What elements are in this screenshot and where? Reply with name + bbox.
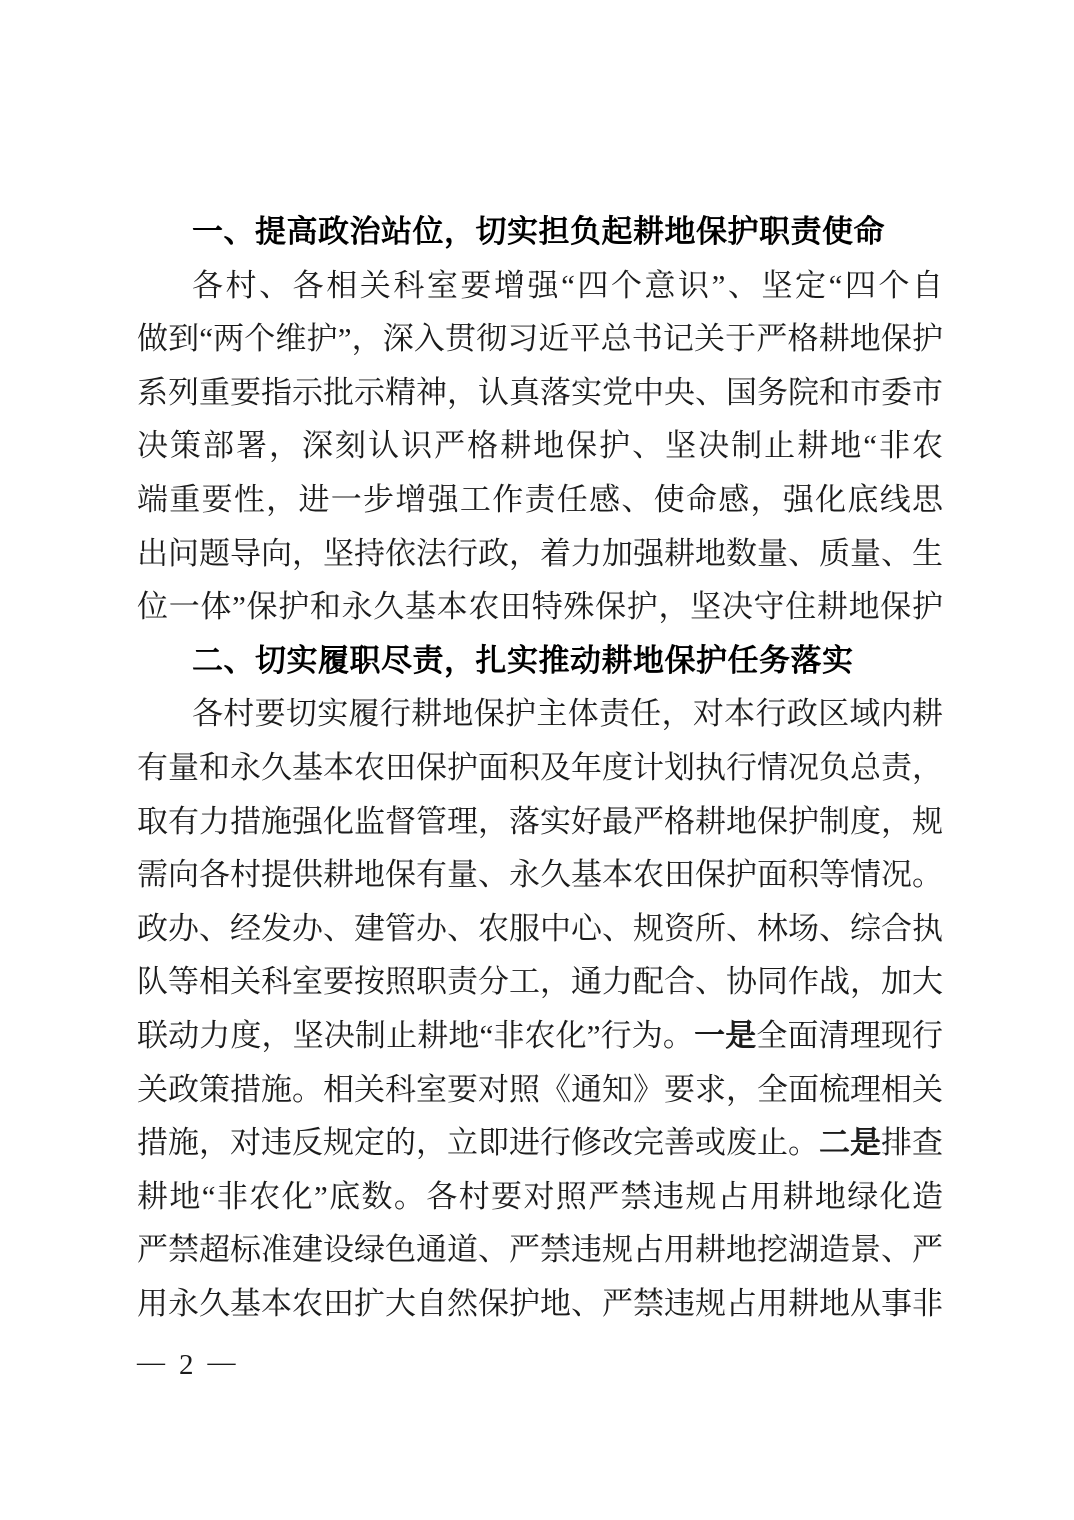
bold-run: 二是 — [819, 1125, 881, 1160]
text-run: 端重要性，进一步增强工作责任感、使命感，强化底线思维，突 — [137, 482, 943, 527]
page-number-left-dash: — — [137, 1343, 165, 1383]
section-heading-2: 二、切实履职尽责，扎实推动耕地保护任务落实 — [137, 634, 943, 688]
paragraph-line: 端重要性，进一步增强工作责任感、使命感，强化底线思维，突 — [137, 473, 943, 527]
text-run: 联动力度，坚决制止耕地“非农化”行为。 — [137, 1018, 694, 1053]
text-run: 有量和永久基本农田保护面积及年度计划执行情况负总责，并采 — [137, 750, 943, 795]
text-run: 系列重要指示批示精神，认真落实党中央、国务院和市委市政府 — [137, 375, 943, 420]
paragraph-line: 联动力度，坚决制止耕地“非农化”行为。一是全面清理现行相 — [137, 1009, 943, 1063]
paragraph-line: 做到“两个维护”，深入贯彻习近平总书记关于严格耕地保护的 — [137, 312, 943, 366]
text-run: 严禁超标准建设绿色通道、严禁违规占用耕地挖湖造景、严禁占 — [137, 1232, 943, 1277]
paragraph-line: 关政策措施。相关科室要对照《通知》要求，全面梳理相关政策 — [137, 1063, 943, 1117]
paragraph-line: 措施，对违反规定的，立即进行修改完善或废止。二是排查摸清 — [137, 1116, 943, 1170]
text-run: 出问题导向，坚持依法行政，着力加强耕地数量、质量、生态“三 — [137, 536, 943, 581]
text-run: 需向各村提供耕地保有量、永久基本农田保护面积等情况。镇财 — [137, 857, 943, 902]
text-run: 各村要切实履行耕地保护主体责任，对本行政区域内耕地保 — [137, 696, 943, 741]
bold-run: 一是 — [694, 1018, 756, 1053]
text-run: 位一体”保护和永久基本农田特殊保护，坚决守住耕地保护红线。 — [137, 589, 943, 634]
text-run: 决策部署，深刻认识严格耕地保护、坚决制止耕地“非农化”的极 — [137, 428, 943, 473]
paragraph-line: 各村要切实履行耕地保护主体责任，对本行政区域内耕地保 — [137, 687, 943, 741]
text-run: 用永久基本农田扩大自然保护地、严禁违规占用耕地从事非农建 — [137, 1286, 943, 1331]
document-page: 一、提高政治站位，切实担负起耕地保护职责使命各村、各相关科室要增强“四个意识”、… — [0, 0, 1074, 1520]
page-number: 2 — [179, 1345, 194, 1385]
paragraph-line: 位一体”保护和永久基本农田特殊保护，坚决守住耕地保护红线。 — [137, 580, 943, 634]
text-run: 队等相关科室要按照职责分工，通力配合、协同作战，加大协调 — [137, 964, 943, 1009]
paragraph-line: 政办、经发办、建管办、农服中心、规资所、林场、综合执法大 — [137, 902, 943, 956]
text-run: 取有力措施强化监督管理，落实好最严格耕地保护制度，规资所 — [137, 804, 943, 849]
paragraph-line: 各村、各相关科室要增强“四个意识”、坚定“四个自信”、 — [137, 259, 943, 313]
paragraph-line: 系列重要指示批示精神，认真落实党中央、国务院和市委市政府 — [137, 366, 943, 420]
paragraph-line: 出问题导向，坚持依法行政，着力加强耕地数量、质量、生态“三 — [137, 527, 943, 581]
text-run: 各村、各相关科室要增强“四个意识”、坚定“四个自信”、 — [137, 268, 943, 313]
text-run: 做到“两个维护”，深入贯彻习近平总书记关于严格耕地保护的 — [137, 321, 943, 366]
page-number-footer: — 2 — — [137, 1345, 236, 1385]
paragraph-line: 需向各村提供耕地保有量、永久基本农田保护面积等情况。镇财 — [137, 848, 943, 902]
paragraph-line: 决策部署，深刻认识严格耕地保护、坚决制止耕地“非农化”的极 — [137, 419, 943, 473]
text-run: 政办、经发办、建管办、农服中心、规资所、林场、综合执法大 — [137, 911, 943, 956]
section-heading-1: 一、提高政治站位，切实担负起耕地保护职责使命 — [137, 205, 943, 259]
paragraph-line: 队等相关科室要按照职责分工，通力配合、协同作战，加大协调 — [137, 955, 943, 1009]
text-run: 关政策措施。相关科室要对照《通知》要求，全面梳理相关政策 — [137, 1072, 943, 1117]
paragraph-line: 严禁超标准建设绿色通道、严禁违规占用耕地挖湖造景、严禁占 — [137, 1223, 943, 1277]
page-number-right-dash: — — [208, 1343, 236, 1383]
text-run: 措施，对违反规定的，立即进行修改完善或废止。 — [137, 1125, 819, 1160]
paragraph-line: 有量和永久基本农田保护面积及年度计划执行情况负总责，并采 — [137, 741, 943, 795]
paragraph-line: 取有力措施强化监督管理，落实好最严格耕地保护制度，规资所 — [137, 795, 943, 849]
paragraph-line: 耕地“非农化”底数。各村要对照严禁违规占用耕地绿化造林、 — [137, 1170, 943, 1224]
paragraph-line: 用永久基本农田扩大自然保护地、严禁违规占用耕地从事非农建 — [137, 1277, 943, 1331]
document-body: 一、提高政治站位，切实担负起耕地保护职责使命各村、各相关科室要增强“四个意识”、… — [137, 205, 943, 1330]
text-run: 耕地“非农化”底数。各村要对照严禁违规占用耕地绿化造林、 — [137, 1179, 943, 1224]
